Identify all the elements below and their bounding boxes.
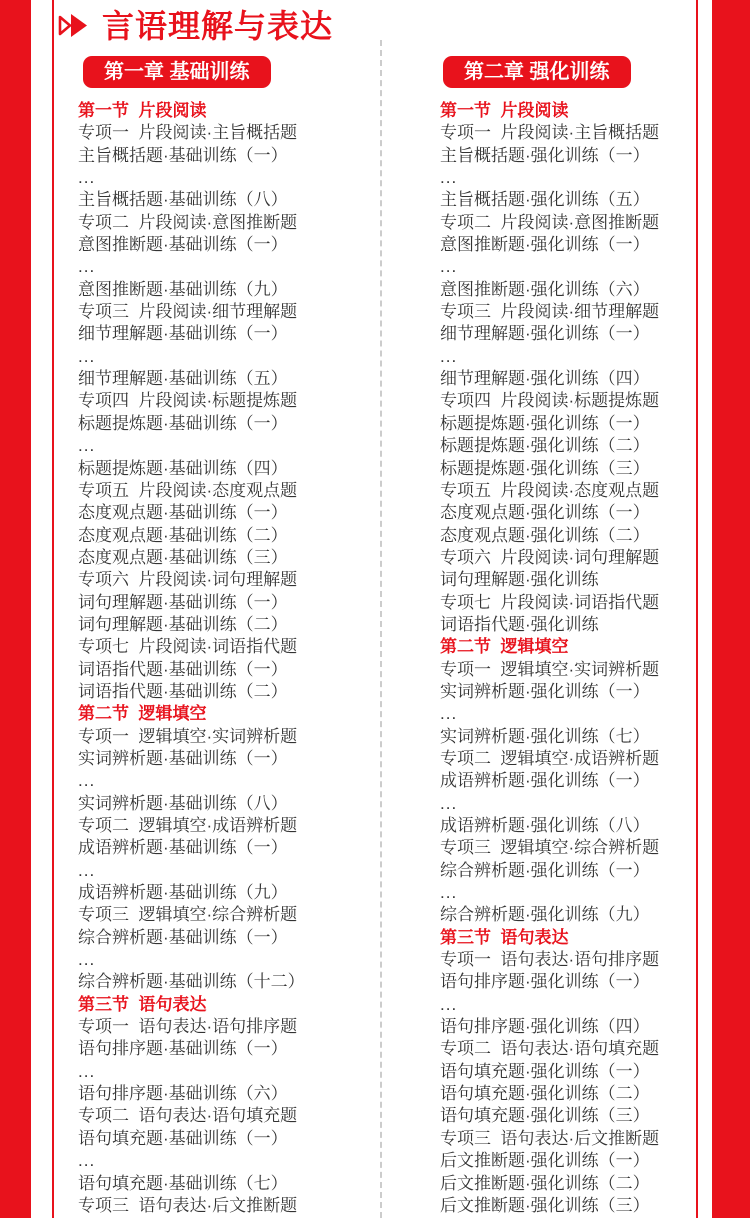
toc-section-header: 第三节 语句表达 — [440, 927, 745, 949]
toc-item: 专项七 片段阅读·词语指代题 — [78, 636, 383, 658]
toc-item: 专项三 片段阅读·细节理解题 — [78, 301, 383, 323]
toc-ellipsis-row: ... — [78, 770, 383, 792]
toc-item: 标题提炼题·强化训练（一） — [440, 413, 745, 435]
toc-item: 细节理解题·强化训练（四） — [440, 368, 745, 390]
toc-item: 成语辨析题·基础训练（一） — [78, 837, 383, 859]
toc-item: 语句填充题·强化训练（一） — [440, 1061, 745, 1083]
toc-item: 态度观点题·基础训练（二） — [78, 525, 383, 547]
toc-ellipsis-row: ... — [440, 994, 745, 1016]
toc-item: 语句填充题·基础训练（一） — [78, 1128, 383, 1150]
toc-item: 专项三 逻辑填空·综合辨析题 — [78, 904, 383, 926]
toc-item: 专项四 片段阅读·标题提炼题 — [78, 390, 383, 412]
toc-item: 细节理解题·基础训练（五） — [78, 368, 383, 390]
toc-item: 专项一 逻辑填空·实词辨析题 — [440, 659, 745, 681]
toc-ellipsis-row: ... — [78, 346, 383, 368]
left-accent-line — [52, 0, 54, 1218]
toc-item: 词语指代题·强化训练 — [440, 614, 745, 636]
toc-item: 标题提炼题·基础训练（四） — [78, 458, 383, 480]
toc-item: 专项三 语句表达·后文推断题 — [78, 1195, 383, 1217]
toc-item: 后文推断题·强化训练（一） — [440, 1150, 745, 1172]
toc-section-header: 第三节 语句表达 — [78, 994, 383, 1016]
toc-item: 专项一 片段阅读·主旨概括题 — [440, 122, 745, 144]
toc-item: 语句排序题·基础训练（六） — [78, 1083, 383, 1105]
toc-item: 成语辨析题·强化训练（八） — [440, 815, 745, 837]
toc-item: 实词辨析题·强化训练（七） — [440, 726, 745, 748]
toc-item: 后文推断题·强化训练（三） — [440, 1195, 745, 1217]
toc-item: 专项二 语句表达·语句填充题 — [78, 1105, 383, 1127]
toc-ellipsis-row: ... — [78, 1150, 383, 1172]
toc-item: 语句填充题·基础训练（七） — [78, 1173, 383, 1195]
toc-item: 主旨概括题·基础训练（一） — [78, 145, 383, 167]
toc-section-header: 第一节 片段阅读 — [78, 100, 383, 122]
toc-item: 综合辨析题·强化训练（一） — [440, 860, 745, 882]
toc-item: 词句理解题·基础训练（二） — [78, 614, 383, 636]
double-triangle-icon — [58, 12, 96, 40]
toc-ellipsis-row: ... — [78, 435, 383, 457]
toc-ellipsis-row: ... — [440, 703, 745, 725]
toc-item: 专项二 逻辑填空·成语辨析题 — [78, 815, 383, 837]
toc-section-header: 第二节 逻辑填空 — [440, 636, 745, 658]
toc-item: 专项六 片段阅读·词句理解题 — [440, 547, 745, 569]
toc-item: 语句填充题·强化训练（二） — [440, 1083, 745, 1105]
toc-item: 专项一 语句表达·语句排序题 — [440, 949, 745, 971]
toc-item: 标题提炼题·强化训练（三） — [440, 458, 745, 480]
chapter1-toc-list: 第一节 片段阅读专项一 片段阅读·主旨概括题主旨概括题·基础训练（一）...主旨… — [78, 100, 383, 1217]
toc-item: 语句填充题·强化训练（三） — [440, 1105, 745, 1127]
toc-item: 态度观点题·强化训练（一） — [440, 502, 745, 524]
toc-item: 专项二 片段阅读·意图推断题 — [78, 212, 383, 234]
toc-item: 细节理解题·基础训练（一） — [78, 323, 383, 345]
toc-item: 专项六 片段阅读·词句理解题 — [78, 569, 383, 591]
toc-item: 专项一 逻辑填空·实词辨析题 — [78, 726, 383, 748]
toc-item: 主旨概括题·强化训练（一） — [440, 145, 745, 167]
toc-item: 主旨概括题·基础训练（八） — [78, 189, 383, 211]
toc-ellipsis-row: ... — [78, 256, 383, 278]
toc-item: 专项三 逻辑填空·综合辨析题 — [440, 837, 745, 859]
toc-item: 语句排序题·强化训练（一） — [440, 971, 745, 993]
toc-item: 成语辨析题·基础训练（九） — [78, 882, 383, 904]
toc-ellipsis-row: ... — [78, 167, 383, 189]
toc-ellipsis-row: ... — [440, 346, 745, 368]
toc-item: 语句排序题·基础训练（一） — [78, 1038, 383, 1060]
toc-item: 综合辨析题·基础训练（十二） — [78, 971, 383, 993]
toc-item: 专项四 片段阅读·标题提炼题 — [440, 390, 745, 412]
toc-item: 综合辨析题·强化训练（九） — [440, 904, 745, 926]
toc-item: 实词辨析题·强化训练（一） — [440, 681, 745, 703]
toc-item: 专项二 语句表达·语句填充题 — [440, 1038, 745, 1060]
toc-item: 态度观点题·强化训练（二） — [440, 525, 745, 547]
left-edge-bar — [0, 0, 31, 1218]
page-title: 言语理解与表达 — [102, 8, 333, 44]
toc-item: 专项二 逻辑填空·成语辨析题 — [440, 748, 745, 770]
toc-item: 标题提炼题·强化训练（二） — [440, 435, 745, 457]
toc-item: 实词辨析题·基础训练（一） — [78, 748, 383, 770]
toc-item: 专项三 语句表达·后文推断题 — [440, 1128, 745, 1150]
toc-section-header: 第二节 逻辑填空 — [78, 703, 383, 725]
toc-ellipsis-row: ... — [440, 793, 745, 815]
toc-item: 态度观点题·基础训练（一） — [78, 502, 383, 524]
toc-item: 词语指代题·基础训练（一） — [78, 659, 383, 681]
toc-ellipsis-row: ... — [78, 949, 383, 971]
toc-ellipsis-row: ... — [440, 882, 745, 904]
page-header: 言语理解与表达 — [58, 8, 333, 44]
toc-item: 意图推断题·基础训练（九） — [78, 279, 383, 301]
toc-item: 成语辨析题·强化训练（一） — [440, 770, 745, 792]
toc-item: 专项二 片段阅读·意图推断题 — [440, 212, 745, 234]
toc-item: 专项五 片段阅读·态度观点题 — [440, 480, 745, 502]
toc-ellipsis-row: ... — [440, 167, 745, 189]
toc-item: 专项七 片段阅读·词语指代题 — [440, 592, 745, 614]
chapter1-pill: 第一章 基础训练 — [83, 56, 271, 88]
toc-item: 词句理解题·基础训练（一） — [78, 592, 383, 614]
toc-ellipsis-row: ... — [78, 860, 383, 882]
toc-item: 态度观点题·基础训练（三） — [78, 547, 383, 569]
toc-item: 意图推断题·强化训练（六） — [440, 279, 745, 301]
toc-item: 意图推断题·基础训练（一） — [78, 234, 383, 256]
toc-item: 主旨概括题·强化训练（五） — [440, 189, 745, 211]
toc-item: 专项五 片段阅读·态度观点题 — [78, 480, 383, 502]
chapter2-toc-list: 第一节 片段阅读专项一 片段阅读·主旨概括题主旨概括题·强化训练（一）...主旨… — [440, 100, 745, 1217]
toc-item: 专项一 片段阅读·主旨概括题 — [78, 122, 383, 144]
toc-ellipsis-row: ... — [78, 1061, 383, 1083]
toc-ellipsis-row: ... — [440, 256, 745, 278]
toc-section-header: 第一节 片段阅读 — [440, 100, 745, 122]
toc-item: 标题提炼题·基础训练（一） — [78, 413, 383, 435]
toc-item: 语句排序题·强化训练（四） — [440, 1016, 745, 1038]
toc-item: 专项一 语句表达·语句排序题 — [78, 1016, 383, 1038]
toc-item: 后文推断题·强化训练（二） — [440, 1173, 745, 1195]
toc-item: 综合辨析题·基础训练（一） — [78, 927, 383, 949]
chapter2-pill: 第二章 强化训练 — [443, 56, 631, 88]
toc-item: 词句理解题·强化训练 — [440, 569, 745, 591]
toc-item: 细节理解题·强化训练（一） — [440, 323, 745, 345]
toc-item: 词语指代题·基础训练（二） — [78, 681, 383, 703]
toc-item: 专项三 片段阅读·细节理解题 — [440, 301, 745, 323]
toc-item: 意图推断题·强化训练（一） — [440, 234, 745, 256]
toc-item: 实词辨析题·基础训练（八） — [78, 793, 383, 815]
